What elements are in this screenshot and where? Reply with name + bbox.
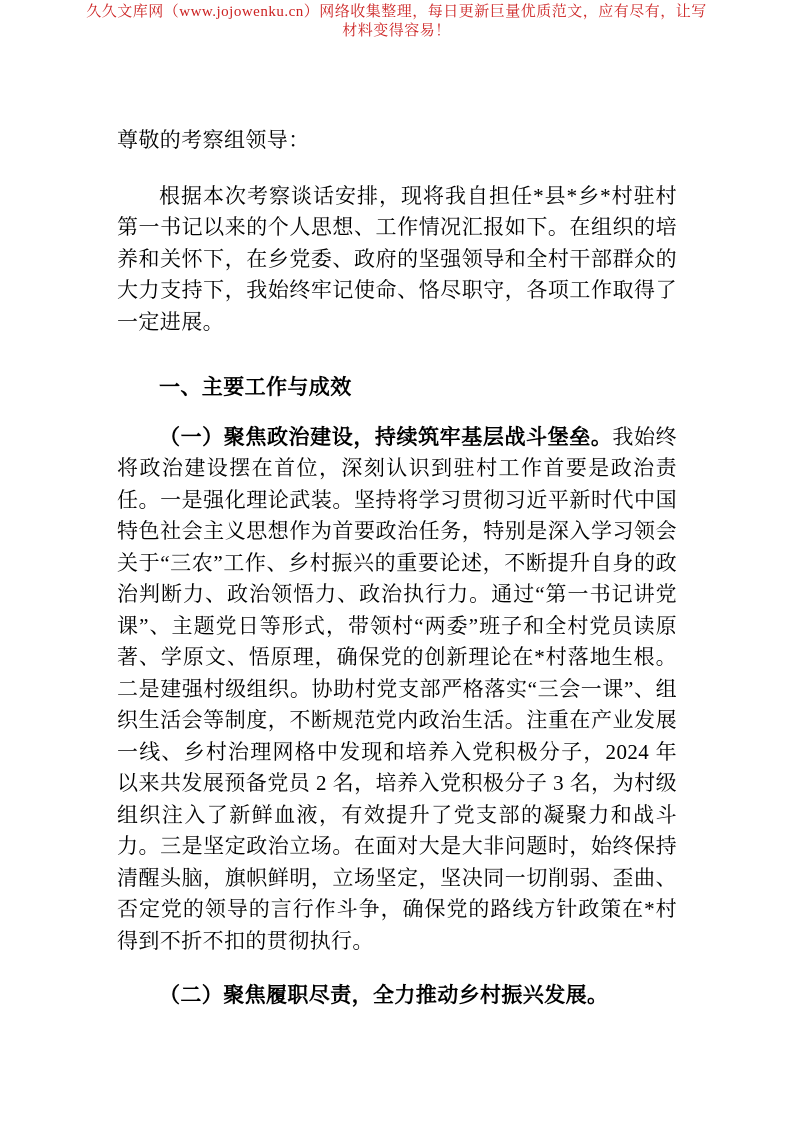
document-page: { "page": { "colors": { "watermark_red":… — [0, 0, 793, 1122]
section-heading-1: 一、主要工作与成效 — [117, 372, 677, 404]
subsection-1-paragraph: （一）聚焦政治建设，持续筑牢基层战斗堡垒。我始终将政治建设摆在首位，深刻认识到驻… — [117, 422, 677, 958]
salutation: 尊敬的考察组领导： — [117, 125, 677, 157]
intro-paragraph: 根据本次考察谈话安排，现将我自担任*县*乡*村驻村第一书记以来的个人思想、工作情… — [117, 181, 677, 339]
subsection-2-lead: （二）聚焦履职尽责，全力推动乡村振兴发展。 — [117, 980, 677, 1012]
subsection-1-body: 我始终将政治建设摆在首位，深刻认识到驻村工作首要是政治责任。一是强化理论武装。坚… — [117, 425, 677, 953]
document-body: 尊敬的考察组领导： 根据本次考察谈话安排，现将我自担任*县*乡*村驻村第一书记以… — [117, 0, 677, 1012]
subsection-1-lead: （一）聚焦政治建设，持续筑牢基层战斗堡垒。 — [159, 425, 612, 449]
